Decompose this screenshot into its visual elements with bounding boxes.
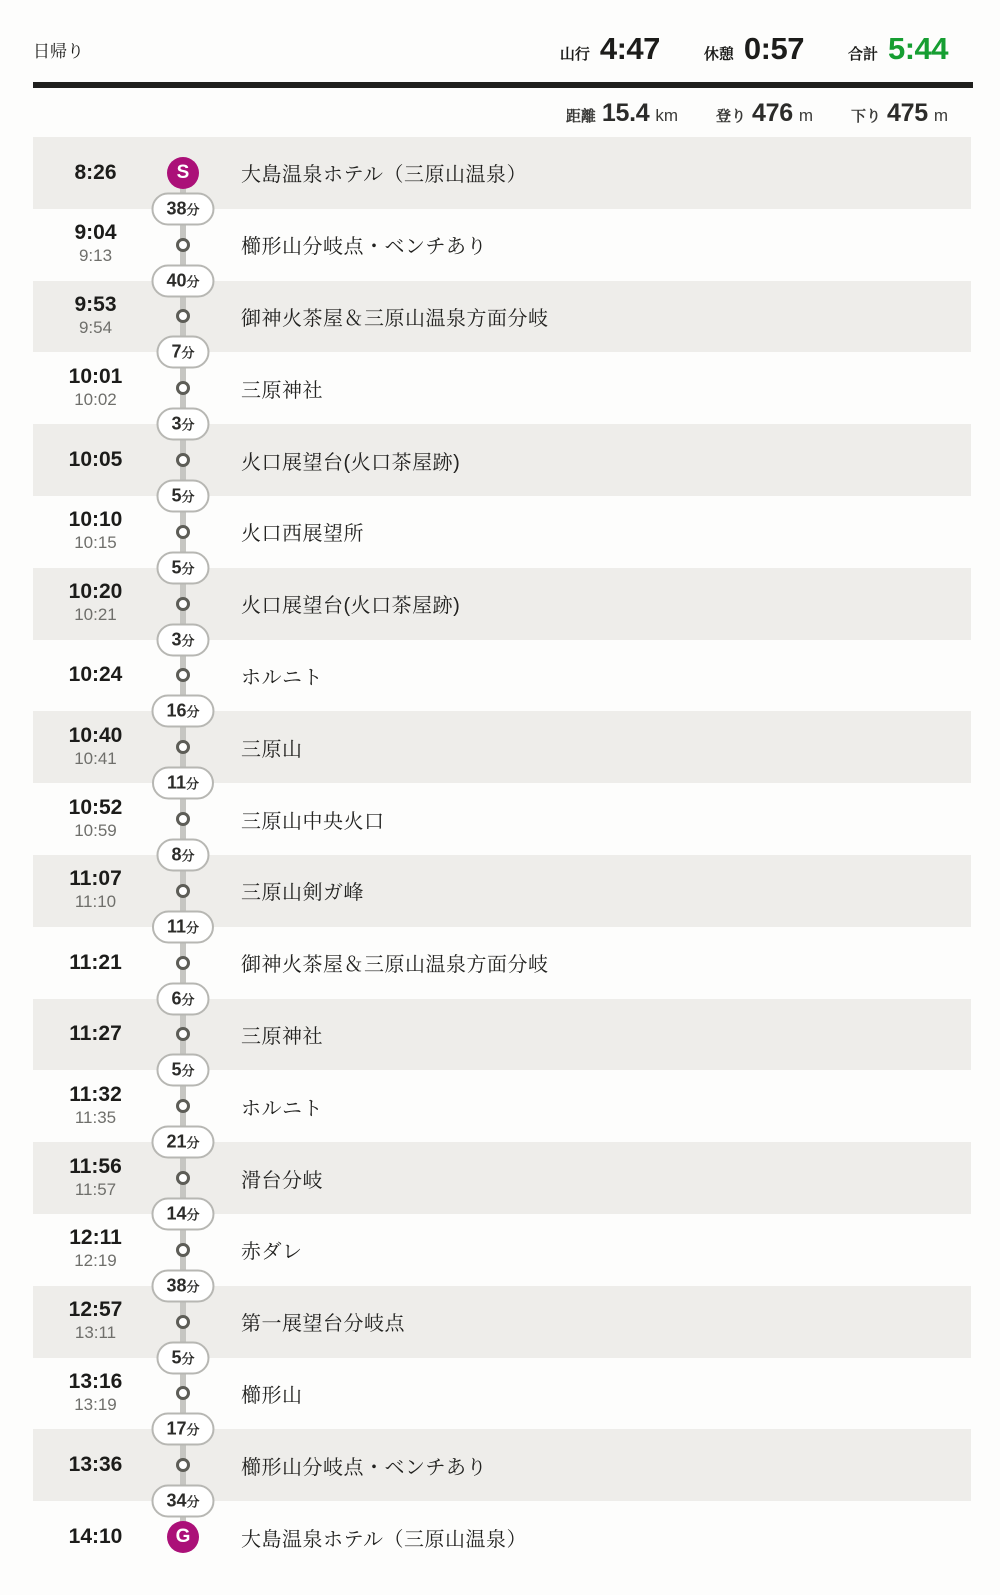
duration-badge: 6分 bbox=[156, 982, 209, 1015]
arrival-time: 14:10 bbox=[69, 1525, 123, 1549]
duration-badge: 8分 bbox=[156, 838, 209, 871]
waypoint-name: 御神火茶屋＆三原山温泉方面分岐 bbox=[241, 927, 971, 999]
waypoint-dot-icon bbox=[176, 668, 190, 682]
waypoint-name: 火口展望台(火口茶屋跡) bbox=[241, 424, 971, 496]
arrival-time: 13:16 bbox=[69, 1370, 123, 1394]
waypoint-name: 大島温泉ホテル（三原山温泉） bbox=[241, 1501, 971, 1573]
waypoint-name: 三原山中央火口 bbox=[241, 783, 971, 855]
duration-badge: 16分 bbox=[151, 695, 214, 728]
duration-badge: 17分 bbox=[151, 1413, 214, 1446]
waypoint-dot-icon bbox=[176, 238, 190, 252]
duration-badge: 38分 bbox=[151, 1269, 214, 1302]
duration-badge: 5分 bbox=[156, 1341, 209, 1374]
duration-unit: 分 bbox=[182, 343, 195, 362]
arrival-time: 8:26 bbox=[74, 161, 116, 185]
waypoint-name: 三原山 bbox=[241, 711, 971, 783]
total-time-stat: 合計 5:44 bbox=[848, 31, 948, 67]
waypoint-name: ホルニト bbox=[241, 1070, 971, 1142]
total-time-value: 5:44 bbox=[888, 31, 948, 67]
departure-time: 11:10 bbox=[75, 891, 116, 914]
waypoint-name: 滑台分岐 bbox=[241, 1142, 971, 1214]
duration-value: 3 bbox=[171, 410, 181, 439]
duration-value: 17 bbox=[166, 1415, 186, 1444]
duration-badge: 5分 bbox=[156, 1054, 209, 1087]
duration-badge: 21分 bbox=[151, 1126, 214, 1159]
arrival-time: 10:52 bbox=[69, 796, 123, 820]
arrival-time: 11:32 bbox=[69, 1083, 122, 1107]
duration-badge: 7分 bbox=[156, 336, 209, 369]
duration-value: 40 bbox=[166, 266, 186, 295]
ascent-value: 476 bbox=[752, 99, 793, 128]
duration-unit: 分 bbox=[187, 1204, 200, 1223]
waypoint-dot-icon bbox=[176, 1243, 190, 1257]
arrival-time: 10:01 bbox=[69, 365, 123, 389]
waypoint-times: 12:1112:19 bbox=[33, 1214, 158, 1286]
waypoint-times: 12:5713:11 bbox=[33, 1286, 158, 1358]
duration-badge: 5分 bbox=[156, 479, 209, 512]
arrival-time: 10:20 bbox=[69, 580, 123, 604]
departure-time: 10:15 bbox=[74, 532, 117, 555]
arrival-time: 11:07 bbox=[69, 867, 122, 891]
duration-value: 6 bbox=[171, 984, 181, 1013]
waypoint-dot-icon bbox=[176, 453, 190, 467]
waypoint-row[interactable]: 14:1034分G大島温泉ホテル（三原山温泉） bbox=[33, 1501, 971, 1573]
departure-time: 11:57 bbox=[75, 1179, 116, 1202]
waypoint-times: 13:36 bbox=[33, 1429, 158, 1501]
duration-unit: 分 bbox=[182, 558, 195, 577]
waypoint-dot-icon bbox=[176, 1315, 190, 1329]
distance-value: 15.4 bbox=[602, 99, 649, 128]
duration-badge: 5分 bbox=[156, 551, 209, 584]
total-time-label: 合計 bbox=[848, 43, 878, 64]
descent-label: 下り bbox=[851, 105, 881, 126]
waypoint-name: 御神火茶屋＆三原山温泉方面分岐 bbox=[241, 281, 971, 353]
waypoint-times: 11:3211:35 bbox=[33, 1070, 158, 1142]
summary-header: 日帰り 山行 4:47 休憩 0:57 合計 5:44 bbox=[0, 0, 1000, 72]
waypoint-name: ホルニト bbox=[241, 640, 971, 712]
duration-unit: 分 bbox=[182, 845, 195, 864]
waypoint-times: 11:0711:10 bbox=[33, 855, 158, 927]
arrival-time: 9:04 bbox=[74, 221, 116, 245]
duration-badge: 34分 bbox=[151, 1485, 214, 1518]
start-marker-icon: S bbox=[167, 157, 199, 189]
arrival-time: 13:36 bbox=[69, 1453, 123, 1477]
duration-value: 38 bbox=[166, 194, 186, 223]
trip-type-label: 日帰り bbox=[33, 37, 84, 62]
duration-unit: 分 bbox=[187, 1276, 200, 1295]
waypoint-dot-icon bbox=[176, 740, 190, 754]
waypoint-dot-icon bbox=[176, 597, 190, 611]
departure-time: 13:11 bbox=[75, 1322, 116, 1345]
departure-time: 10:02 bbox=[74, 389, 117, 412]
duration-value: 34 bbox=[166, 1487, 186, 1516]
arrival-time: 10:24 bbox=[69, 663, 123, 687]
departure-time: 13:19 bbox=[74, 1394, 117, 1417]
waypoint-name: 櫛形山 bbox=[241, 1358, 971, 1430]
waypoint-times: 8:26 bbox=[33, 137, 158, 209]
duration-badge: 3分 bbox=[156, 408, 209, 441]
distance-label: 距離 bbox=[566, 105, 596, 126]
waypoint-name: 三原神社 bbox=[241, 352, 971, 424]
waypoint-dot-icon bbox=[176, 1458, 190, 1472]
waypoint-times: 9:049:13 bbox=[33, 209, 158, 281]
duration-value: 5 bbox=[171, 553, 181, 582]
timeline-node-column: 34分G bbox=[158, 1501, 208, 1573]
arrival-time: 9:53 bbox=[74, 293, 116, 317]
itinerary-screen: 日帰り 山行 4:47 休憩 0:57 合計 5:44 距離 15.4 km 登… bbox=[0, 0, 1000, 1595]
time-stats: 山行 4:47 休憩 0:57 合計 5:44 bbox=[560, 31, 948, 67]
duration-value: 38 bbox=[166, 1271, 186, 1300]
goal-marker-icon: G bbox=[167, 1521, 199, 1553]
arrival-time: 10:40 bbox=[69, 724, 123, 748]
duration-unit: 分 bbox=[182, 1348, 195, 1367]
descent-value: 475 bbox=[887, 99, 928, 128]
hiking-time-label: 山行 bbox=[560, 43, 590, 64]
waypoint-times: 10:05 bbox=[33, 424, 158, 496]
waypoint-dot-icon bbox=[176, 525, 190, 539]
duration-value: 8 bbox=[171, 840, 181, 869]
duration-value: 5 bbox=[171, 481, 181, 510]
waypoint-name: 火口展望台(火口茶屋跡) bbox=[241, 568, 971, 640]
distance-stat: 距離 15.4 km bbox=[566, 99, 678, 128]
duration-unit: 分 bbox=[187, 702, 200, 721]
duration-unit: 分 bbox=[187, 1492, 200, 1511]
arrival-time: 11:56 bbox=[69, 1155, 122, 1179]
departure-time: 9:13 bbox=[79, 245, 112, 268]
departure-time: 12:19 bbox=[74, 1250, 117, 1273]
duration-unit: 分 bbox=[182, 630, 195, 649]
waypoint-name: 三原神社 bbox=[241, 999, 971, 1071]
waypoint-dot-icon bbox=[176, 309, 190, 323]
arrival-time: 12:57 bbox=[69, 1298, 123, 1322]
rest-time-value: 0:57 bbox=[744, 31, 804, 67]
distance-elevation-summary: 距離 15.4 km 登り 476 m 下り 475 m bbox=[0, 88, 1000, 137]
duration-unit: 分 bbox=[186, 774, 199, 793]
hiking-time-value: 4:47 bbox=[600, 31, 660, 67]
duration-unit: 分 bbox=[182, 415, 195, 434]
duration-badge: 14分 bbox=[151, 1197, 214, 1230]
duration-badge: 3分 bbox=[156, 623, 209, 656]
departure-time: 10:41 bbox=[74, 748, 117, 771]
duration-value: 7 bbox=[171, 338, 181, 367]
departure-time: 10:59 bbox=[74, 820, 117, 843]
ascent-label: 登り bbox=[716, 105, 746, 126]
timeline: 8:26S大島温泉ホテル（三原山温泉）9:049:1338分櫛形山分岐点・ベンチ… bbox=[33, 137, 971, 1573]
waypoint-times: 11:5611:57 bbox=[33, 1142, 158, 1214]
duration-unit: 分 bbox=[182, 1061, 195, 1080]
duration-unit: 分 bbox=[187, 1133, 200, 1152]
descent-unit: m bbox=[934, 106, 948, 126]
waypoint-name: 火口西展望所 bbox=[241, 496, 971, 568]
arrival-time: 11:21 bbox=[69, 951, 122, 975]
waypoint-name: 赤ダレ bbox=[241, 1214, 971, 1286]
waypoint-name: 大島温泉ホテル（三原山温泉） bbox=[241, 137, 971, 209]
waypoint-dot-icon bbox=[176, 1171, 190, 1185]
arrival-time: 12:11 bbox=[69, 1226, 122, 1250]
arrival-time: 10:05 bbox=[69, 448, 123, 472]
hiking-time-stat: 山行 4:47 bbox=[560, 31, 660, 67]
waypoint-dot-icon bbox=[176, 1099, 190, 1113]
waypoint-dot-icon bbox=[176, 381, 190, 395]
waypoint-name: 櫛形山分岐点・ベンチあり bbox=[241, 1429, 971, 1501]
distance-unit: km bbox=[655, 106, 678, 126]
duration-value: 5 bbox=[171, 1056, 181, 1085]
departure-time: 9:54 bbox=[79, 317, 112, 340]
arrival-time: 10:10 bbox=[69, 508, 123, 532]
duration-value: 11 bbox=[167, 769, 186, 798]
rest-time-stat: 休憩 0:57 bbox=[704, 31, 804, 67]
waypoint-times: 9:539:54 bbox=[33, 281, 158, 353]
waypoint-name: 櫛形山分岐点・ベンチあり bbox=[241, 209, 971, 281]
duration-unit: 分 bbox=[186, 917, 199, 936]
waypoint-times: 10:2010:21 bbox=[33, 568, 158, 640]
waypoint-name: 三原山剣ガ峰 bbox=[241, 855, 971, 927]
waypoint-dot-icon bbox=[176, 884, 190, 898]
waypoint-dot-icon bbox=[176, 956, 190, 970]
duration-value: 14 bbox=[166, 1199, 186, 1228]
duration-badge: 11分 bbox=[152, 767, 214, 800]
duration-unit: 分 bbox=[187, 199, 200, 218]
duration-badge: 11分 bbox=[152, 910, 214, 943]
duration-unit: 分 bbox=[182, 486, 195, 505]
duration-badge: 38分 bbox=[151, 192, 214, 225]
waypoint-dot-icon bbox=[176, 812, 190, 826]
ascent-unit: m bbox=[799, 106, 813, 126]
departure-time: 10:21 bbox=[74, 604, 117, 627]
waypoint-times: 10:4010:41 bbox=[33, 711, 158, 783]
waypoint-dot-icon bbox=[176, 1027, 190, 1041]
waypoint-times: 11:27 bbox=[33, 999, 158, 1071]
duration-value: 21 bbox=[166, 1128, 186, 1157]
duration-value: 5 bbox=[171, 1343, 181, 1372]
duration-value: 11 bbox=[167, 912, 186, 941]
departure-time: 11:35 bbox=[75, 1107, 116, 1130]
duration-value: 16 bbox=[166, 697, 186, 726]
waypoint-times: 13:1613:19 bbox=[33, 1358, 158, 1430]
arrival-time: 11:27 bbox=[69, 1022, 122, 1046]
ascent-stat: 登り 476 m bbox=[716, 99, 813, 128]
waypoint-name: 第一展望台分岐点 bbox=[241, 1286, 971, 1358]
duration-value: 3 bbox=[171, 625, 181, 654]
waypoint-times: 14:10 bbox=[33, 1501, 158, 1573]
waypoint-times: 10:0110:02 bbox=[33, 352, 158, 424]
descent-stat: 下り 475 m bbox=[851, 99, 948, 128]
waypoint-times: 10:5210:59 bbox=[33, 783, 158, 855]
waypoint-times: 10:1010:15 bbox=[33, 496, 158, 568]
rest-time-label: 休憩 bbox=[704, 43, 734, 64]
waypoint-dot-icon bbox=[176, 1386, 190, 1400]
waypoint-times: 10:24 bbox=[33, 640, 158, 712]
waypoint-times: 11:21 bbox=[33, 927, 158, 999]
duration-unit: 分 bbox=[187, 271, 200, 290]
duration-unit: 分 bbox=[187, 1420, 200, 1439]
duration-unit: 分 bbox=[182, 989, 195, 1008]
duration-badge: 40分 bbox=[151, 264, 214, 297]
